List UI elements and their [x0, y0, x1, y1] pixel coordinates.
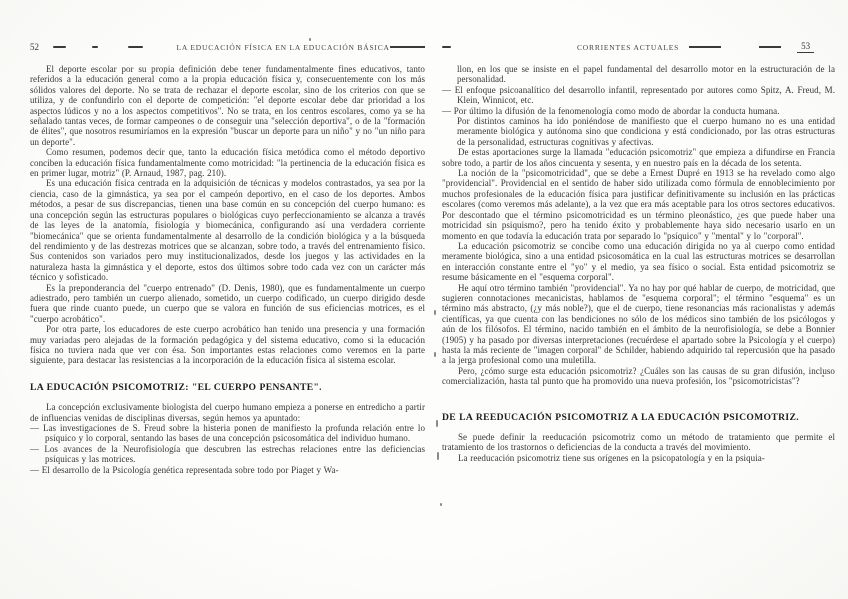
- paragraph: Se puede definir la reeducación psicomot…: [442, 432, 835, 453]
- section-heading-psicomotriz: LA EDUCACIÓN PSICOMOTRIZ: "EL CUERPO PEN…: [30, 383, 425, 393]
- header-dash: [92, 46, 98, 48]
- header-rule: [759, 46, 781, 48]
- header-rule: [689, 46, 721, 48]
- list-item: Por distintos caminos ha ido poniéndose …: [442, 116, 835, 147]
- paragraph: Es una educación física centrada en la a…: [30, 178, 425, 282]
- left-page: 52 LA EDUCACIÓN FÍSICA EN LA EDUCACIÓN B…: [30, 0, 425, 599]
- list-item: — El enfoque psicoanalítico del desarrol…: [442, 85, 835, 106]
- header-rule: [390, 46, 425, 48]
- list-item: — Los avances de la Neurofisiología que …: [30, 444, 425, 465]
- right-running-header: CORRIENTES ACTUALES 53: [442, 41, 835, 53]
- right-page-number: 53: [797, 41, 814, 53]
- left-page-number: 52: [30, 42, 39, 52]
- section-heading-reeducacion: DE LA REEDUCACIÓN PSICOMOTRIZ A LA EDUCA…: [442, 413, 835, 423]
- scan-speck: [822, 375, 824, 377]
- paragraph: He aquí otro término también "providenci…: [442, 283, 835, 366]
- scan-speck: [434, 310, 436, 315]
- header-dash: [128, 46, 143, 48]
- right-page: CORRIENTES ACTUALES 53 llon, en los que …: [442, 0, 835, 599]
- scan-speck: [440, 503, 442, 506]
- left-running-header: 52 LA EDUCACIÓN FÍSICA EN LA EDUCACIÓN B…: [30, 41, 425, 53]
- paragraph: Como resumen, podemos decir que, tanto l…: [30, 147, 425, 178]
- list-item: — Las investigaciones de S. Freud sobre …: [30, 423, 425, 444]
- list-item: — Por último la difusión de la fenomenol…: [442, 106, 835, 116]
- paragraph: La concepción exclusivamente biologista …: [30, 402, 425, 423]
- left-page-body: El deporte escolar por su propia definic…: [30, 64, 425, 475]
- paragraph: De estas aportaciones surge la llamada "…: [442, 147, 835, 168]
- scan-speck: [436, 420, 438, 427]
- left-running-head-title: LA EDUCACIÓN FÍSICA EN LA EDUCACIÓN BÁSI…: [177, 43, 390, 52]
- paragraph: La noción de la "psicomotricidad", que s…: [442, 168, 835, 241]
- scanned-book-spread: 52 LA EDUCACIÓN FÍSICA EN LA EDUCACIÓN B…: [0, 0, 848, 599]
- paragraph: Es la preponderancia del "cuerpo entrena…: [30, 283, 425, 325]
- header-dash: [442, 46, 451, 48]
- paragraph: Pero, ¿cómo surge esta educación psicomo…: [442, 366, 835, 387]
- scan-speck: [434, 352, 436, 357]
- paragraph: Por otra parte, los educadores de este c…: [30, 324, 425, 366]
- paragraph: La educación psicomotriz se concibe como…: [442, 241, 835, 283]
- scan-speck: [437, 452, 439, 460]
- right-page-body: llon, en los que se insiste en el papel …: [442, 64, 835, 463]
- continuation-text: llon, en los que se insiste en el papel …: [442, 64, 835, 85]
- header-dash: [53, 46, 66, 48]
- paragraph: La reeducación psicomotriz tiene sus orí…: [442, 453, 835, 463]
- list-item: — El desarrollo de la Psicología genétic…: [30, 465, 425, 475]
- right-running-head-title: CORRIENTES ACTUALES: [577, 43, 679, 52]
- scan-speck: [309, 38, 311, 41]
- paragraph: El deporte escolar por su propia definic…: [30, 64, 425, 147]
